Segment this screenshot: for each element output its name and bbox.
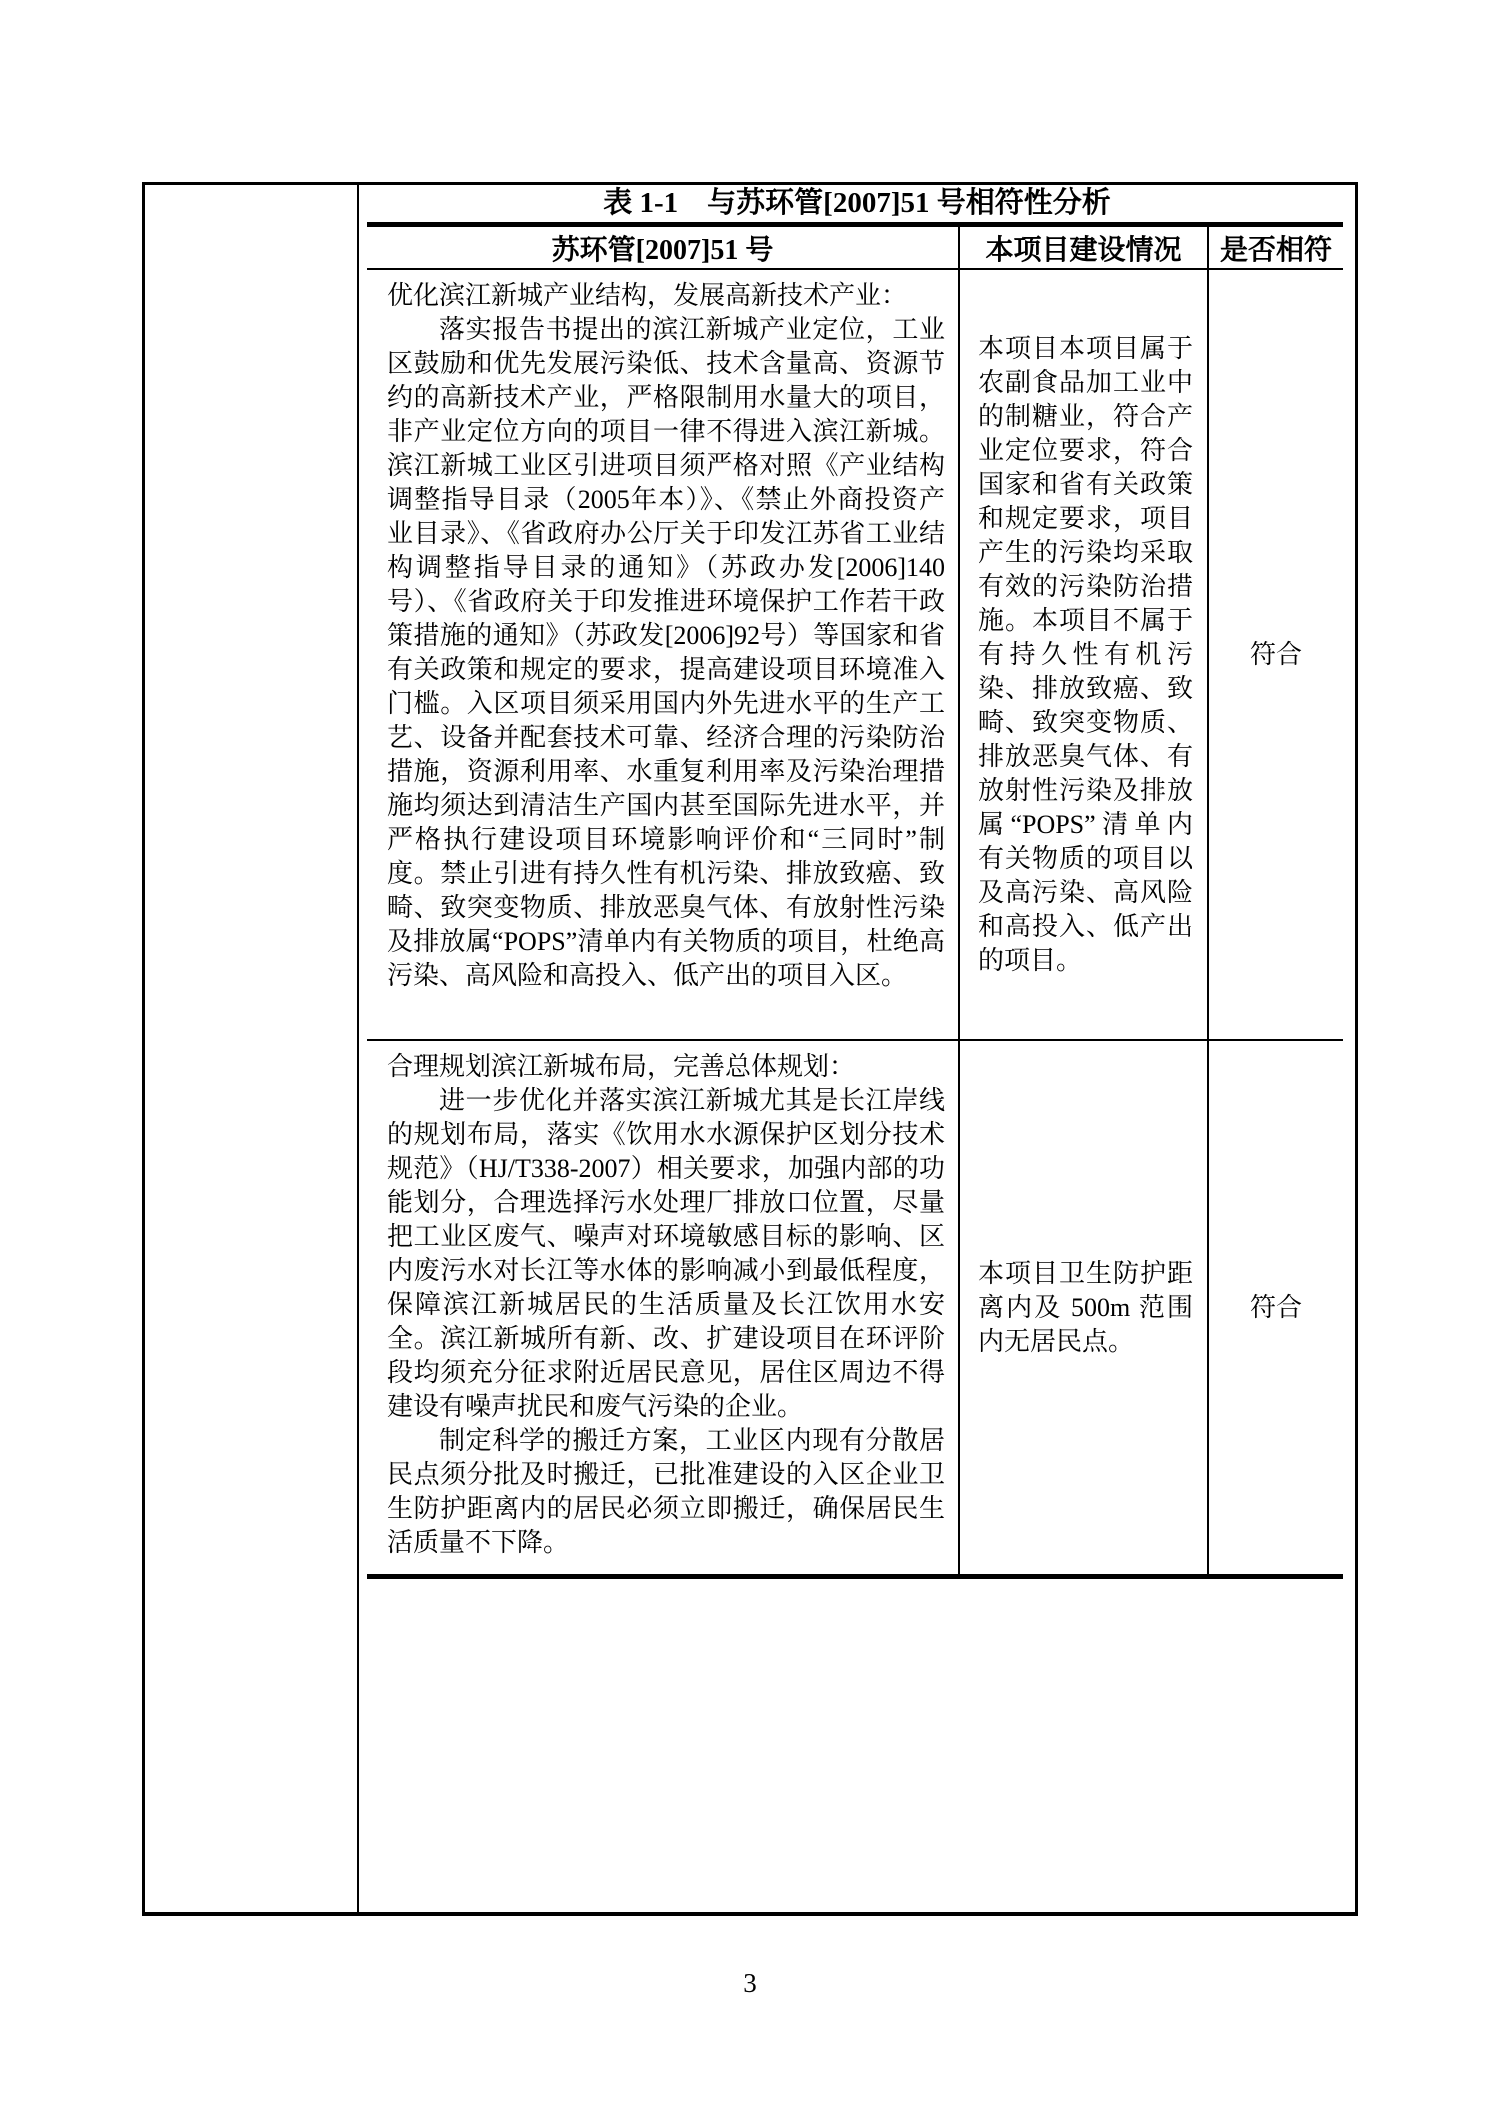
compliance-outer-table: 表 1-1 与苏环管[2007]51 号相符性分析 苏环管[2007]51 号 … — [142, 182, 1358, 1916]
requirement-paragraph: 进一步优化并落实滨江新城尤其是长江岸线的规划布局，落实《饮用水水源保护区划分技术… — [387, 1084, 945, 1424]
table-title: 表 1-1 与苏环管[2007]51 号相符性分析 — [359, 185, 1355, 222]
requirement-cell: 合理规划滨江新城布局，完善总体规划： 进一步优化并落实滨江新城尤其是长江岸线的规… — [367, 1041, 958, 1574]
outer-content-cell: 表 1-1 与苏环管[2007]51 号相符性分析 苏环管[2007]51 号 … — [359, 185, 1355, 1912]
outer-label-cell — [145, 185, 359, 1912]
requirement-cell: 优化滨江新城产业结构，发展高新技术产业： 落实报告书提出的滨江新城产业定位，工业… — [367, 270, 958, 1039]
page-number: 3 — [0, 1968, 1500, 1999]
document-page: 表 1-1 与苏环管[2007]51 号相符性分析 苏环管[2007]51 号 … — [0, 0, 1500, 2120]
requirement-paragraph: 优化滨江新城产业结构，发展高新技术产业： — [387, 279, 945, 313]
column-header-requirement: 苏环管[2007]51 号 — [367, 227, 958, 268]
compliance-cell: 符合 — [1207, 1041, 1343, 1574]
column-header-project-status: 本项目建设情况 — [958, 227, 1207, 268]
table-row: 优化滨江新城产业结构，发展高新技术产业： 落实报告书提出的滨江新城产业定位，工业… — [367, 270, 1343, 1041]
compliance-table: 苏环管[2007]51 号 本项目建设情况 是否相符 优化滨江新城产业结构，发展… — [367, 222, 1343, 1579]
project-status-cell: 本项目卫生防护距离内及 500m 范围内无居民点。 — [958, 1041, 1207, 1574]
project-status-text: 本项目本项目属于农副食品加工业中的制糖业，符合产业定位要求，符合国家和省有关政策… — [978, 332, 1193, 978]
requirement-paragraph: 合理规划滨江新城布局，完善总体规划： — [387, 1050, 945, 1084]
requirement-paragraph: 落实报告书提出的滨江新城产业定位，工业区鼓励和优先发展污染低、技术含量高、资源节… — [387, 313, 945, 993]
table-header-row: 苏环管[2007]51 号 本项目建设情况 是否相符 — [367, 227, 1343, 270]
project-status-cell: 本项目本项目属于农副食品加工业中的制糖业，符合产业定位要求，符合国家和省有关政策… — [958, 270, 1207, 1039]
compliance-cell: 符合 — [1207, 270, 1343, 1039]
requirement-paragraph: 制定科学的搬迁方案，工业区内现有分散居民点须分批及时搬迁，已批准建设的入区企业卫… — [387, 1424, 945, 1560]
table-row: 合理规划滨江新城布局，完善总体规划： 进一步优化并落实滨江新城尤其是长江岸线的规… — [367, 1041, 1343, 1574]
project-status-text: 本项目卫生防护距离内及 500m 范围内无居民点。 — [978, 1257, 1193, 1359]
column-header-compliance: 是否相符 — [1207, 227, 1343, 268]
